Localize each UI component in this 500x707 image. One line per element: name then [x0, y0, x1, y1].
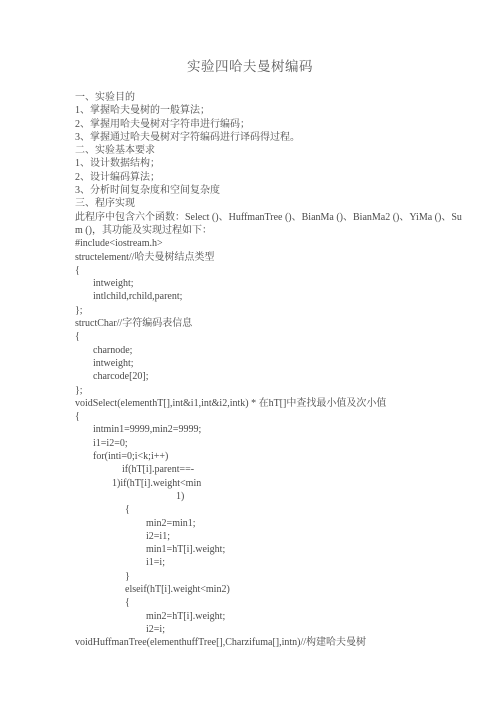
code-line: { [125, 596, 450, 609]
code-line: { [75, 330, 450, 343]
code-line: voidSelect(elementhT[],int&i1,int&i2,int… [75, 397, 450, 410]
code-line: { [75, 264, 450, 277]
document-body: 一、实验目的1、掌握哈夫曼树的一般算法；2、掌握用哈夫曼树对字符串进行编码；3、… [75, 91, 450, 649]
code-line: 1)if(hT[i].weight<min [112, 477, 450, 490]
text-line: m ()，其功能及实现过程如下： [75, 224, 450, 237]
code-line: charnode; [93, 344, 450, 357]
document-title: 实验四哈夫曼树编码 [0, 58, 500, 75]
text-line: 3、分析时间复杂度和空间复杂度 [75, 184, 450, 197]
code-line: }; [75, 384, 450, 397]
code-line: } [125, 570, 450, 583]
code-line: structelement//哈夫曼树结点类型 [75, 251, 450, 264]
text-line: 此程序中包含六个函数：Select ()、HuffmanTree ()、Bian… [75, 211, 450, 224]
code-line: intlchild,rchild,parent; [93, 290, 450, 303]
code-line: { [125, 503, 450, 516]
code-line: i1=i; [146, 556, 450, 569]
code-line: i2=i1; [146, 530, 450, 543]
code-line: #include<iostream.h> [75, 237, 450, 250]
text-line: 2、掌握用哈夫曼树对字符串进行编码； [75, 118, 450, 131]
text-line: 1、设计数据结构； [75, 157, 450, 170]
code-line: { [75, 410, 450, 423]
heading-line: 二、实验基本要求 [75, 144, 450, 157]
heading-line: 三、程序实现 [75, 197, 450, 210]
code-line: voidHuffmanTree(elementhuffTree[],Charzi… [75, 636, 450, 649]
code-line: 1) [176, 490, 450, 503]
heading-line: 一、实验目的 [75, 91, 450, 104]
code-line: i2=i; [146, 623, 450, 636]
text-line: 2、设计编码算法； [75, 171, 450, 184]
code-line: min2=min1; [146, 517, 450, 530]
code-line: i1=i2=0; [93, 437, 450, 450]
document-page: 实验四哈夫曼树编码 一、实验目的1、掌握哈夫曼树的一般算法；2、掌握用哈夫曼树对… [0, 0, 500, 707]
code-line: intweight; [93, 277, 450, 290]
code-line: min1=hT[i].weight; [146, 543, 450, 556]
code-line: elseif(hT[i].weight<min2) [125, 583, 450, 596]
code-line: intweight; [93, 357, 450, 370]
code-line: for(inti=0;i<k;i++) [93, 450, 450, 463]
code-line: min2=hT[i].weight; [146, 610, 450, 623]
text-line: 1、掌握哈夫曼树的一般算法； [75, 104, 450, 117]
code-line: charcode[20]; [93, 370, 450, 383]
code-line: if(hT[i].parent==- [122, 463, 450, 476]
text-line: 3、掌握通过哈夫曼树对字符编码进行译码得过程。 [75, 131, 450, 144]
code-line: structChar//字符编码表信息 [75, 317, 450, 330]
code-line: }; [75, 304, 450, 317]
code-line: intmin1=9999,min2=9999; [93, 423, 450, 436]
